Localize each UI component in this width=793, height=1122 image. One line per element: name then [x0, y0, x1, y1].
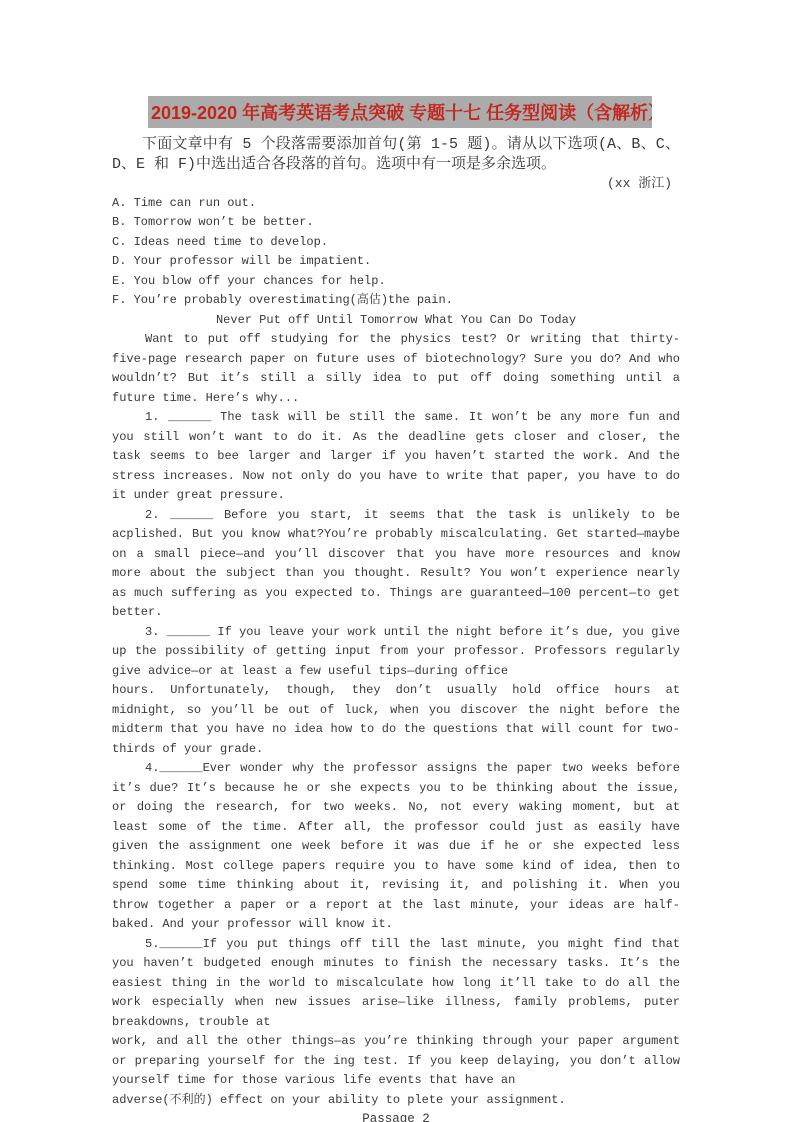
document-page: 2019-2020 年高考英语考点突破 专题十七 任务型阅读（含解析） 下面文章…	[0, 0, 793, 1122]
option-f: F. You’re probably overestimating(高估)the…	[112, 291, 680, 311]
option-e: E. You blow off your chances for help.	[112, 272, 680, 292]
passage-paragraph-1: 1. ______ The task will be still the sam…	[112, 408, 680, 506]
passage-paragraph-intro: Want to put off studying for the physics…	[112, 330, 680, 408]
instructions-text: 下面文章中有 5 个段落需要添加首句(第 1-5 题)。请从以下选项(A、B、C…	[112, 135, 680, 174]
passage-paragraph-5: 5.______If you put things off till the l…	[112, 935, 680, 1111]
option-a: A. Time can run out.	[112, 194, 680, 214]
passage-paragraph-3: 3. ______ If you leave your work until t…	[112, 623, 680, 760]
passage-2-label: Passage 2	[112, 1110, 680, 1122]
option-b: B. Tomorrow won’t be better.	[112, 213, 680, 233]
passage-paragraph-4: 4.______Ever wonder why the professor as…	[112, 759, 680, 935]
document-title-bar: 2019-2020 年高考英语考点突破 专题十七 任务型阅读（含解析）	[148, 96, 652, 128]
source-attribution: (xx 浙江)	[112, 174, 680, 194]
option-c: C. Ideas need time to develop.	[112, 233, 680, 253]
passage-paragraph-2: 2. ______ Before you start, it seems tha…	[112, 506, 680, 623]
option-d: D. Your professor will be impatient.	[112, 252, 680, 272]
passage-body: Want to put off studying for the physics…	[112, 330, 680, 1110]
document-title: 2019-2020 年高考英语考点突破 专题十七 任务型阅读（含解析）	[148, 99, 652, 125]
document-content: 2019-2020 年高考英语考点突破 专题十七 任务型阅读（含解析） 下面文章…	[112, 96, 680, 1122]
options-list: A. Time can run out. B. Tomorrow won’t b…	[112, 194, 680, 311]
passage-title: Never Put off Until Tomorrow What You Ca…	[112, 311, 680, 331]
